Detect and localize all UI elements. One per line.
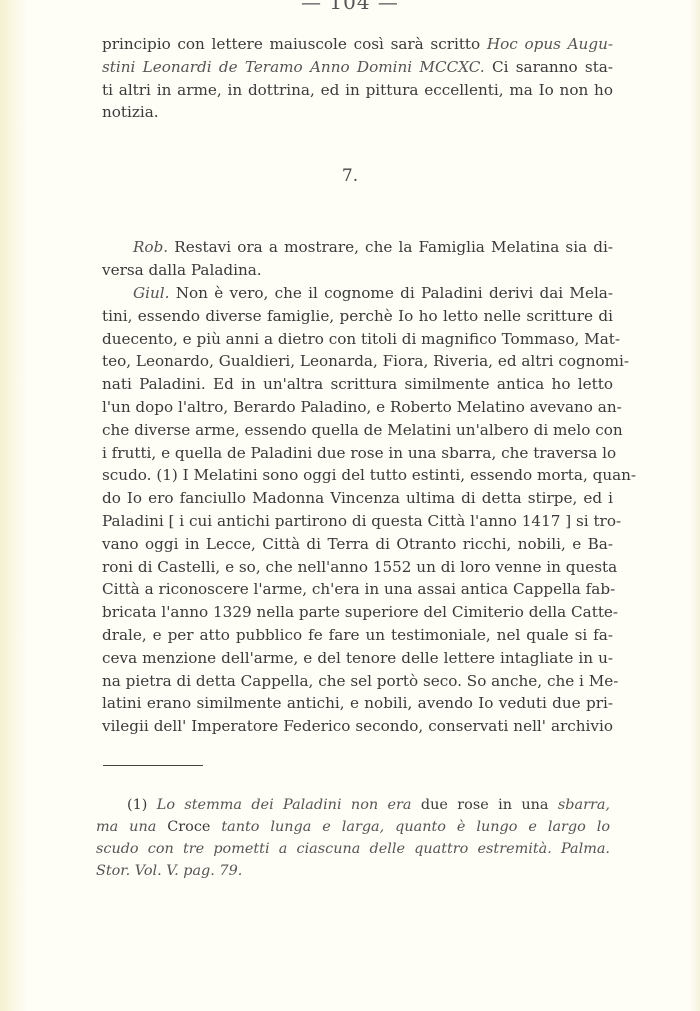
page-edge-right — [690, 0, 700, 1011]
text-line: na pietra di detta Cappella, che sel por… — [102, 670, 613, 693]
top-paragraph: principio con lettere maiuscole così sar… — [102, 33, 613, 124]
page-number: — 104 — — [0, 0, 700, 14]
text-line: Giul. Non è vero, che il cognome di Pala… — [102, 282, 613, 305]
text-line: do Io ero fanciullo Madonna Vincenza ult… — [102, 487, 613, 510]
text-line: vano oggi in Lecce, Città di Terra di Ot… — [102, 533, 613, 556]
text-line: Rob. Restavi ora a mostrare, che la Fami… — [102, 236, 613, 259]
speaker-giul: Giul. — [133, 284, 169, 302]
text-line: principio con lettere maiuscole così sar… — [102, 33, 613, 56]
text-line: roni di Castelli, e so, che nell'anno 15… — [102, 556, 613, 579]
text-line: tini, essendo diverse famiglie, perchè I… — [102, 305, 613, 328]
footnote-line: scudo con tre pometti a ciascuna delle q… — [96, 838, 610, 860]
dialogue-giul: Giul. Non è vero, che il cognome di Pala… — [102, 282, 613, 738]
text-line: ti altri in arme, in dottrina, ed in pit… — [102, 79, 613, 102]
text-line: scudo. (1) I Melatini sono oggi del tutt… — [102, 464, 613, 487]
speaker-rob: Rob. — [133, 238, 168, 256]
dialogue-rob: Rob. Restavi ora a mostrare, che la Fami… — [102, 236, 613, 282]
text-line: drale, e per atto pubblico fe fare un te… — [102, 624, 613, 647]
text-line: versa dalla Paladina. — [102, 259, 613, 282]
text-line: ceva menzione dell'arme, e del tenore de… — [102, 647, 613, 670]
text-line: teo, Leonardo, Gualdieri, Leonarda, Fior… — [102, 350, 613, 373]
text-line: stini Leonardi de Teramo Anno Domini MCC… — [102, 56, 613, 79]
text-line: vilegii dell' Imperatore Federico second… — [102, 715, 613, 738]
footnote-divider — [103, 765, 203, 766]
text-line: duecento, e più anni a dietro con titoli… — [102, 328, 613, 351]
section-number: 7. — [0, 166, 700, 186]
text-line: notizia. — [102, 101, 613, 124]
text-line: i frutti, e quella de Paladini due rose … — [102, 442, 613, 465]
footnote: (1) Lo stemma dei Paladini non era due r… — [96, 794, 610, 882]
text-line: bricata l'anno 1329 nella parte superior… — [102, 601, 613, 624]
text-line: l'un dopo l'altro, Berardo Paladino, e R… — [102, 396, 613, 419]
text-line: latini erano similmente antichi, e nobil… — [102, 692, 613, 715]
footnote-line: (1) Lo stemma dei Paladini non era due r… — [96, 794, 610, 816]
text-line: Città a riconoscere l'arme, ch'era in un… — [102, 578, 613, 601]
footnote-line: Stor. Vol. V. pag. 79. — [96, 860, 610, 882]
text-line: che diverse arme, essendo quella de Mela… — [102, 419, 613, 442]
text-line: nati Paladini. Ed in un'altra scrittura … — [102, 373, 613, 396]
page-edge-left — [0, 0, 28, 1011]
text-line: Paladini [ i cui antichi partirono di qu… — [102, 510, 613, 533]
footnote-line: ma una Croce tanto lunga e larga, quanto… — [96, 816, 610, 838]
